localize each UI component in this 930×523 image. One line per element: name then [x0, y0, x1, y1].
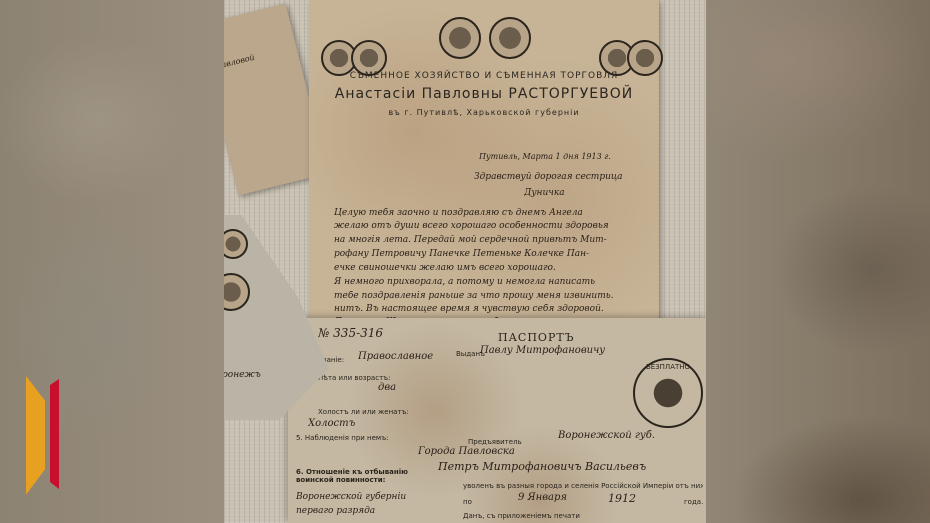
letter-salutation-name: Дуничка: [524, 188, 565, 198]
envelope-handwriting: Воронежъ: [224, 370, 261, 380]
stamp-eagle-icon: БЕЗПЛАТНО: [633, 358, 703, 428]
features-label: 5. Наблюденія при немъ:: [296, 434, 389, 442]
portrait-seal-icon: [489, 17, 531, 59]
postmark-icon: [224, 273, 250, 311]
bearer-name: Петръ Митрофановичъ Васильевъ: [438, 460, 646, 473]
valid-until-year: 1912: [608, 492, 636, 505]
passport-document: № 335-316 ПАСПОРТЪ Выданъ Павлу Митрофан…: [288, 318, 706, 523]
letterhead-line-3: въ г. Путивлѣ, Харьковской губерніи: [309, 108, 659, 117]
passport-title: ПАСПОРТЪ: [498, 331, 574, 344]
letter-body-line: тебе поздравленія раньше за что прошу ме…: [334, 291, 649, 301]
eagle-seal-icon: [439, 17, 481, 59]
document-photo: Павловой СѢМЕННОЕ ХОЗЯЙСТВО И СѢМЕННАЯ Т…: [224, 0, 706, 523]
valid-until-date: 9 Января: [518, 492, 567, 503]
bearer-label: Предъявитель: [468, 438, 522, 446]
year-label: года.: [684, 498, 703, 506]
letterhead-line-2: Анастасіи Павловны РАСТОРГУЕВОЙ: [309, 86, 659, 102]
envelope-handwriting: Павловой: [224, 53, 256, 72]
seal-label: Данъ, съ приложеніемъ печати: [463, 512, 580, 520]
letter-date: Путивль, Марта 1 дня 1913 г.: [479, 152, 611, 161]
letter-salutation: Здравствуй дорогая сестрица: [474, 172, 623, 182]
letter-body-line: ечке свиношечки желаю имъ всего хорошаго…: [334, 263, 649, 273]
letter-body-line: желаю отъ души всего хорошаго особенност…: [334, 221, 649, 231]
validity-text: уволенъ въ разныя города и селенія Россі…: [463, 482, 703, 490]
occupation-value: Православное: [358, 351, 433, 362]
letter-sheet: СѢМЕННОЕ ХОЗЯЙСТВО И СѢМЕННАЯ ТОРГОВЛЯ А…: [309, 0, 659, 330]
bearer-uezd: Города Павловска: [418, 446, 515, 457]
married-value: Холостъ: [308, 418, 355, 429]
military-value: Воронежской губерніи перваго разряда: [296, 490, 436, 518]
age-value: два: [378, 382, 396, 393]
letter-body-line: Я немного прихворала, а потому и немогла…: [334, 277, 649, 287]
passport-number: № 335-316: [318, 326, 383, 340]
letter-body-line: рофану Петровичу Панечке Петеньке Колечк…: [334, 249, 649, 259]
letter-body-line: на многія лета. Передай мой сердечной пр…: [334, 235, 649, 245]
issued-to-value: Павлу Митрофановичу: [480, 345, 605, 356]
stamp-text: БЕЗПЛАТНО: [635, 363, 701, 371]
letter-body-line: Целую тебя заочно и поздравляю съ днемъ …: [334, 208, 649, 218]
bearer-place: Воронежской губ.: [558, 430, 655, 441]
channel-logo-icon: [25, 376, 65, 496]
postmark-icon: [224, 229, 248, 259]
age-label: Лѣта или возрастъ:: [318, 374, 390, 382]
military-label: 6. Отношеніе къ отбыванію воинской повин…: [296, 468, 426, 484]
letter-body-line: нитъ. Въ настоящее время я чувствую себя…: [334, 304, 649, 314]
letterhead-line-1: СѢМЕННОЕ ХОЗЯЙСТВО И СѢМЕННАЯ ТОРГОВЛЯ: [309, 71, 659, 81]
married-label: Холостъ ли или женатъ:: [318, 408, 409, 416]
valid-until-label: по: [463, 498, 472, 506]
